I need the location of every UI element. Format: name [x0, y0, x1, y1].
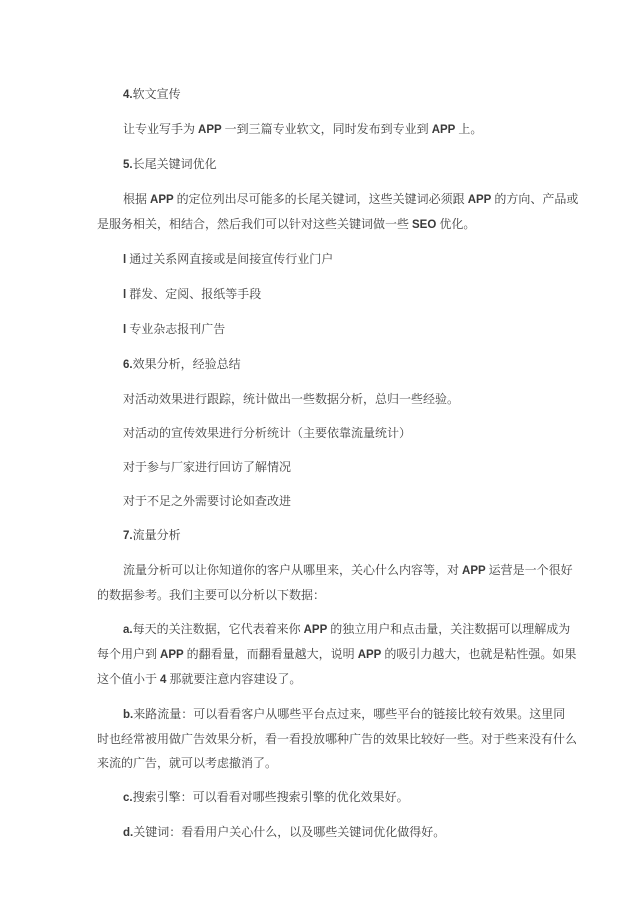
paragraph-bullet: l 专业杂志报刊广告 — [97, 317, 597, 342]
latin-run: 4. — [123, 89, 133, 101]
paragraph-body: 对活动效果进行跟踪，统计做出一些数据分析，总归一些经验。 — [97, 387, 597, 411]
paragraph-numbered-heading: 4.软文宣传 — [97, 82, 597, 107]
latin-run: APP — [432, 124, 456, 136]
paragraph-bullet: l 通过关系网直接或是间接宣传行业门户 — [97, 247, 597, 272]
paragraph-body: 对活动的宣传效果进行分析统计（主要依靠流量统计） — [97, 421, 597, 445]
paragraph-numbered-heading: 6.效果分析，经验总结 — [97, 352, 597, 377]
latin-run: APP — [304, 624, 328, 636]
paragraph-lettered-item: d.关键词：看看用户关心什么，以及哪些关键词优化做得好。 — [97, 820, 597, 845]
paragraph-body: 对于参与厂家进行回访了解情况 — [97, 455, 597, 479]
paragraph-body: 流量分析可以让你知道你的客户从哪里来，关心什么内容等，对 APP 运营是一个很好… — [97, 558, 597, 607]
latin-run: APP — [358, 649, 382, 661]
document-body: 4.软文宣传让专业写手为 APP 一到三篇专业软文，同时发布到专业到 APP 上… — [97, 82, 597, 855]
paragraph-bullet: l 群发、定阅、报纸等手段 — [97, 282, 597, 307]
latin-run: c. — [123, 792, 133, 804]
latin-run: APP — [462, 565, 486, 577]
latin-run: 6. — [123, 359, 133, 371]
paragraph-lettered-item: a.每天的关注数据，它代表着来你 APP 的独立用户和点击量，关注数据可以理解成… — [97, 617, 597, 692]
latin-run: l — [123, 289, 126, 301]
latin-run: 7. — [123, 530, 133, 542]
latin-run: b. — [123, 709, 133, 721]
latin-run: APP — [198, 124, 222, 136]
latin-run: l — [123, 254, 126, 266]
paragraph-body: 根据 APP 的定位列出尽可能多的长尾关键词，这些关键词必须跟 APP 的方向、… — [97, 187, 597, 237]
paragraph-body: 让专业写手为 APP 一到三篇专业软文，同时发布到专业到 APP 上。 — [97, 117, 597, 142]
paragraph-lettered-item: c.搜索引擎：可以看看对哪些搜索引擎的优化效果好。 — [97, 785, 597, 810]
latin-run: 4 — [160, 674, 166, 686]
latin-run: APP — [468, 194, 492, 206]
latin-run: APP — [150, 194, 174, 206]
paragraph-lettered-item: b.来路流量：可以看看客户从哪些平台点过来，哪些平台的链接比较有效果。这里同时也… — [97, 702, 597, 775]
latin-run: 5. — [123, 159, 133, 171]
document-page: 4.软文宣传让专业写手为 APP 一到三篇专业软文，同时发布到专业到 APP 上… — [0, 0, 640, 905]
latin-run: SEO — [412, 219, 436, 231]
paragraph-body: 对于不足之外需要讨论如查改进 — [97, 489, 597, 513]
latin-run: APP — [160, 649, 184, 661]
latin-run: a. — [123, 624, 133, 636]
paragraph-numbered-heading: 5.长尾关键词优化 — [97, 152, 597, 177]
paragraph-numbered-heading: 7.流量分析 — [97, 523, 597, 548]
latin-run: l — [123, 324, 126, 336]
latin-run: d. — [123, 827, 133, 839]
